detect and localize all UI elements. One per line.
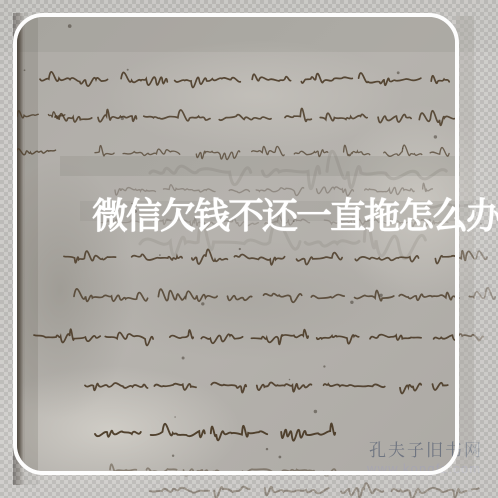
caption-title-text: 微信欠钱不还一直拖怎么办 xyxy=(92,196,498,236)
image-canvas: 孔夫子旧书网 www.kongfz.com 微信欠钱不还一直拖怎么办 xyxy=(0,0,498,498)
manuscript-photo-card xyxy=(13,13,459,475)
